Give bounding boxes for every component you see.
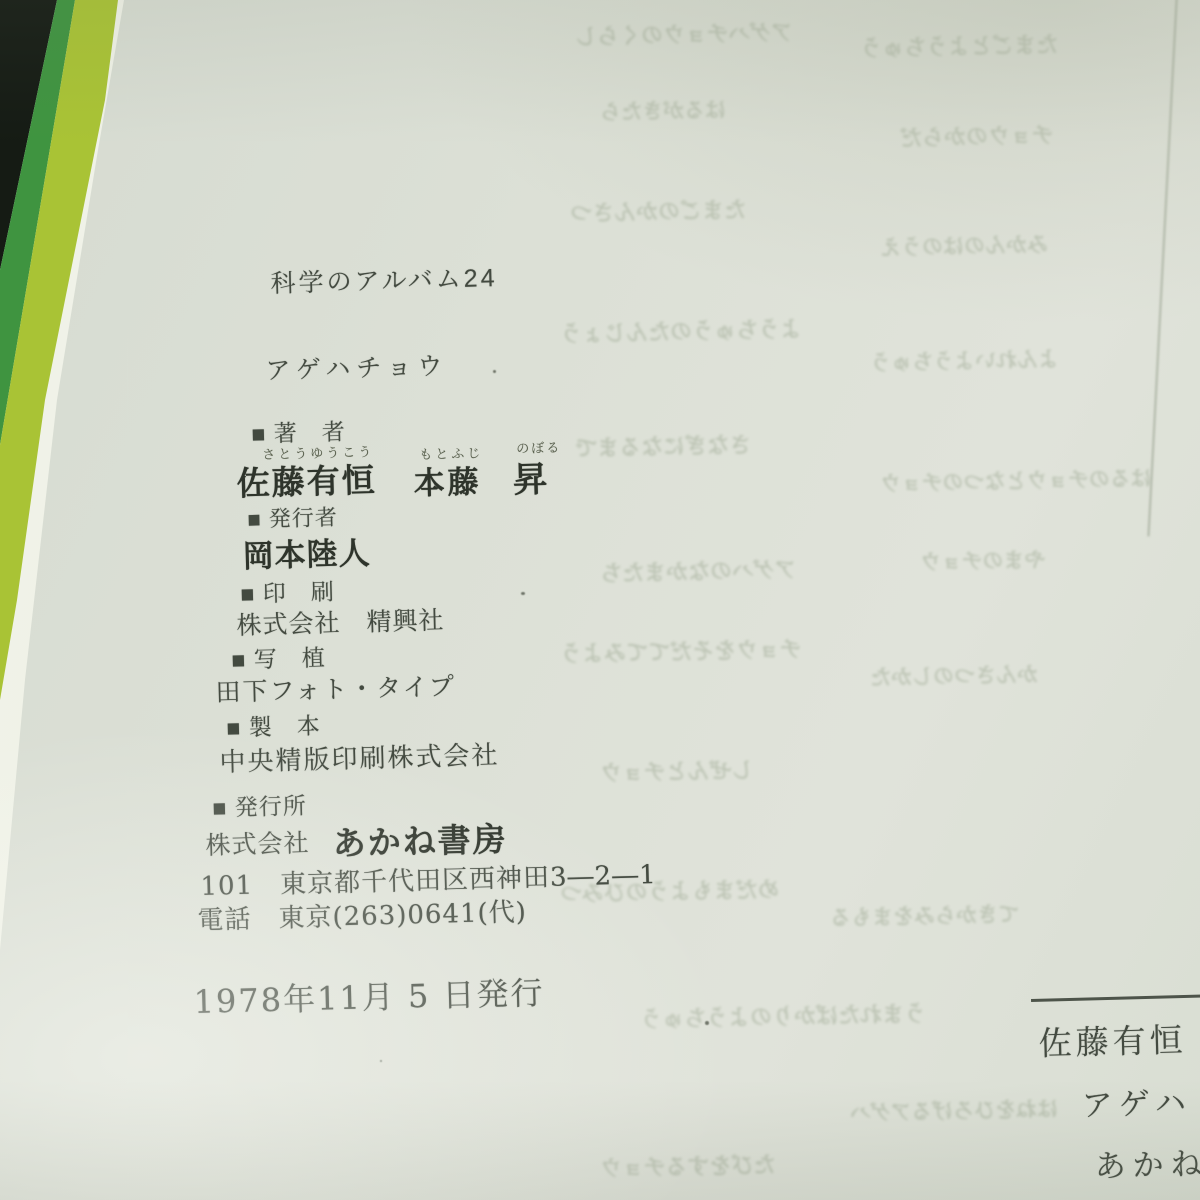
- colophon-series: 科学のアルバム24: [270, 258, 498, 300]
- colophon-office_label: ■ 発行所: [212, 788, 307, 823]
- colophon-phone: 電話 東京(263)0641(代): [197, 891, 527, 937]
- colophon-office_name: あかね書房: [332, 813, 508, 865]
- next-page-rule-line: [1031, 994, 1200, 1002]
- book-colophon-photo: アゲハチョウのくらしたまごとようちゅうはるがきたらチョウのからだたまごのかんさつ…: [0, 0, 1200, 1200]
- next_page_corner-line1: 佐藤有恒: [1038, 1014, 1187, 1065]
- colophon-issue_date: 1978年11月 5 日発行: [193, 968, 545, 1023]
- colophon-author_name_3: 昇: [512, 452, 548, 503]
- colophon-office_prefix: 株式会社: [205, 823, 310, 862]
- colophon-binding_label: ■ 製 本: [226, 708, 321, 743]
- colophon-author_name_1: 佐藤有恒: [236, 454, 377, 505]
- colophon-printer_name: 株式会社 精興社: [236, 601, 445, 642]
- colophon-text-layer: 科学のアルバム24アゲハチョウ■ 著 者さとうゆうこうもとふじのぼる佐藤有恒本藤…: [0, 0, 1200, 1200]
- colophon-typeset_name: 田下フォト・タイプ: [215, 667, 456, 709]
- dust-speck: [380, 1060, 382, 1062]
- colophon-binding_name: 中央精版印刷株式会社: [219, 735, 500, 779]
- dust-speck: [521, 592, 525, 595]
- colophon-publisher_name: 岡本陸人: [242, 528, 371, 576]
- dust-speck: [493, 370, 496, 373]
- next_page_corner-line2: アゲハ: [1081, 1077, 1193, 1125]
- colophon-title: アゲハチョウ: [265, 346, 449, 387]
- dust-speck: [705, 1021, 709, 1025]
- colophon-author_name_2: 本藤: [413, 456, 482, 503]
- next_page_corner-line3: あかね: [1094, 1138, 1200, 1186]
